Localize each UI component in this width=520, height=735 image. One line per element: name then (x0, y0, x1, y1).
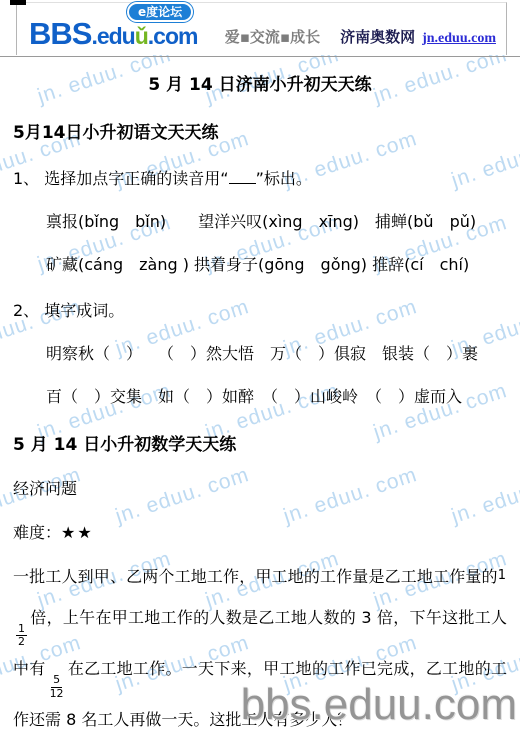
pinyin-row-2: 矿藏(cáng zàng ) 拱着身子(gōng gǒng) 推辞(cí chí… (13, 252, 507, 275)
logo-com-text: .com (148, 25, 198, 48)
answer-blank (229, 168, 256, 184)
site-header: BBS.eduǔ.com e度论坛 爱▪交流▪成长 济南奥数网 jn.eduu.… (16, 2, 507, 55)
difficulty-stars: ★★ (61, 523, 94, 542)
site-link[interactable]: jn.eduu.com (422, 31, 496, 47)
fill-row-2: 百（ ）交集 如（ ）如醉 （ ）山峻岭 （ ）虚而入 (13, 384, 507, 407)
slogan-text: 爱▪交流▪成长 (225, 26, 320, 47)
forum-badge: e度论坛 (127, 2, 193, 22)
fill-row-1: 明察秋（ ） （ ）然大悟 万（ ）俱寂 银装（ ）裹 (13, 341, 507, 364)
site-logo[interactable]: BBS.eduǔ.com e度论坛 (29, 18, 197, 49)
difficulty-label: 难度： (13, 523, 61, 542)
page-title: 5 月 14 日济南小升初天天练 (13, 70, 507, 95)
big-watermark: bbs.eduu.com (241, 680, 517, 730)
question-1-text-post: ”标出。 (256, 169, 312, 188)
fraction-2-denominator: 12 (49, 688, 65, 701)
site-name: 济南奥数网 (340, 26, 415, 47)
math-topic: 经济问题 (13, 476, 507, 499)
logo-edu-text: .edu (91, 25, 134, 48)
question-2: 2、 填字成词。 (13, 298, 507, 321)
problem-text-1: 一批工人到甲、乙两个工地工作，甲工地的工作量是乙工地工作量的 (13, 567, 498, 586)
pinyin-row-1: 禀报(bǐng bǐn) 望洋兴叹(xìng xīng) 捕蝉(bǔ pǔ) (13, 209, 507, 232)
logo-bbs-text: BBS (29, 18, 91, 49)
question-1-text-pre: 1、 选择加点字正确的读音用“ (13, 169, 229, 188)
corner-mark (10, 0, 26, 5)
fraction-2: 512 (49, 674, 65, 700)
chinese-section-heading: 5月14日小升初语文天天练 (13, 118, 507, 143)
logo-u-green: ǔ (135, 25, 148, 48)
fraction-1-numerator: 1 (16, 623, 27, 637)
difficulty-line: 难度：★★ (13, 520, 507, 543)
header-divider (0, 56, 520, 57)
worksheet-content: 5 月 14 日济南小升初天天练 5月14日小升初语文天天练 1、 选择加点字正… (0, 57, 520, 735)
header-right: 爱▪交流▪成长 济南奥数网 jn.eduu.com (225, 26, 496, 47)
fraction-2-numerator: 5 (51, 674, 62, 688)
fraction-1-whole: 1 (498, 568, 506, 583)
fraction-1: 12 (16, 623, 27, 649)
fraction-1-denominator: 2 (17, 636, 26, 649)
math-section-heading: 5 月 14 日小升初数学天天练 (13, 430, 507, 455)
question-1: 1、 选择加点字正确的读音用“”标出。 (13, 166, 507, 189)
page: jn. eduu. comjn. eduu. comjn. eduu. comj… (0, 0, 520, 735)
